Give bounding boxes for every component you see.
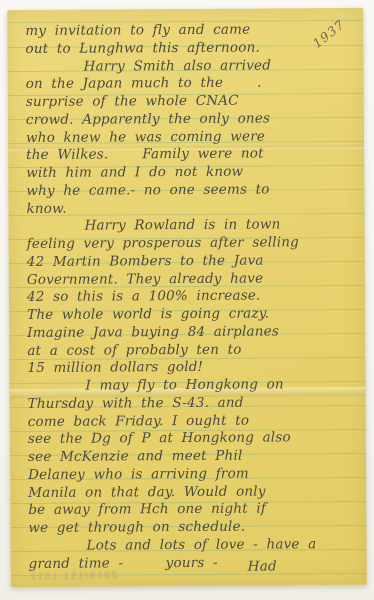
letter-line: with him and I do not know: [26, 163, 354, 183]
letter-line-text: be away from Hch one night if: [28, 501, 266, 518]
letter-line-text: out to Lunghwa this afternoon.: [25, 39, 260, 56]
letter-line: 42 so this is a 100% increase.: [27, 287, 355, 307]
letter-line-text: Thursday with the S-43. and: [28, 394, 244, 411]
letter-line-text: see the Dg of P at Hongkong also: [28, 430, 291, 448]
letter-line: see the Dg of P at Hongkong also: [28, 429, 356, 449]
letter-line: I may fly to Hongkong on: [27, 376, 355, 396]
letter-line: crowd. Apparently the only ones: [26, 110, 354, 130]
letter-line: 15 million dollars gold!: [27, 358, 355, 378]
letter-line-text: surprise of the whole CNAC: [26, 93, 239, 110]
letter-line-text: crowd. Apparently the only ones: [26, 110, 270, 127]
letter-line: out to Lunghwa this afternoon.: [25, 39, 353, 59]
letter-line: feeling very prosperous after selling: [27, 234, 355, 254]
letter-line: Imagine Java buying 84 airplanes: [27, 323, 355, 343]
letter-line-text: I may fly to Hongkong on: [85, 376, 283, 393]
letter-line-text: Delaney who is arriving from: [28, 465, 249, 482]
letter-line: the Wilkes. Family were not: [26, 145, 354, 165]
letter-page: 1937 my invitation to fly and cameout to…: [7, 8, 367, 587]
letter-line: The whole world is going crazy.: [27, 305, 355, 325]
letter-line: why he came.- no one seems to: [26, 181, 354, 201]
letter-line-text: know.: [26, 200, 66, 216]
letter-line-text: Imagine Java buying 84 airplanes: [27, 323, 279, 341]
letter-line: Harry Smith also arrived: [26, 56, 354, 76]
letter-line: see McKenzie and meet Phil: [28, 447, 356, 467]
letter-line: Lots and lots of love - have a: [28, 536, 356, 556]
letter-line: Thursday with the S-43. and: [28, 394, 356, 414]
letter-line-text: who knew he was coming were: [26, 128, 265, 145]
letter-line-text: 42 so this is a 100% increase.: [27, 288, 261, 305]
letter-line: my invitation to fly and came: [25, 21, 353, 41]
letter-line: know.: [26, 198, 354, 218]
letter-line: Harry Rowland is in town: [27, 216, 355, 236]
letter-line-text: Government. They already have: [27, 270, 263, 287]
letter-line-text: Harry Smith also arrived: [84, 57, 272, 74]
letter-line-text: the Wilkes. Family were not: [26, 146, 264, 163]
letter-line-text: The whole world is going crazy.: [27, 305, 269, 322]
letter-line-text: feeling very prosperous after selling: [27, 234, 299, 252]
letter-line: 42 Martin Bombers to the Java: [27, 252, 355, 272]
letter-line-text: with him and I do not know: [26, 164, 243, 181]
letter-line-text: why he came.- no one seems to: [26, 181, 269, 198]
letter-line: surprise of the whole CNAC: [26, 92, 354, 112]
letter-line-text: Manila on that day. Would only: [28, 483, 266, 500]
letter-line: we get through on schedule.: [28, 518, 356, 538]
signature: Had: [248, 558, 277, 576]
letter-line-text: see McKenzie and meet Phil: [28, 448, 243, 465]
letter-line: Government. They already have: [27, 269, 355, 289]
letter-line-text: 42 Martin Bombers to the Java: [27, 252, 264, 269]
archive-stamp: 2019/151.1012: [29, 571, 118, 583]
letter-line-text: on the Japan much to the .: [26, 75, 262, 92]
letter-line: who knew he was coming were: [26, 127, 354, 147]
letter-line-text: come back Friday. I ought to: [28, 412, 249, 429]
letter-line: come back Friday. I ought to: [28, 411, 356, 431]
letter-line-text: Harry Rowland is in town: [85, 217, 281, 234]
letter-line-text: at a cost of probably ten to: [27, 341, 241, 358]
letter-line: Manila on that day. Would only: [28, 482, 356, 502]
letter-line-text: 15 million dollars gold!: [27, 359, 203, 376]
letter-line: on the Japan much to the .: [26, 74, 354, 94]
letter-line: be away from Hch one night if: [28, 500, 356, 520]
scan-background: 1937 my invitation to fly and cameout to…: [0, 0, 374, 600]
letter-line: Delaney who is arriving from: [28, 465, 356, 485]
letter-line-text: Lots and lots of love - have a: [86, 536, 316, 553]
letter-line-text: my invitation to fly and came: [25, 22, 250, 39]
letter-line: grand time - yours -Had: [29, 553, 357, 573]
letter-line: at a cost of probably ten to: [27, 340, 355, 360]
letter-body: my invitation to fly and cameout to Lung…: [25, 21, 356, 573]
letter-line-text: we get through on schedule.: [28, 519, 245, 536]
letter-line-text: grand time - yours -: [29, 554, 218, 571]
